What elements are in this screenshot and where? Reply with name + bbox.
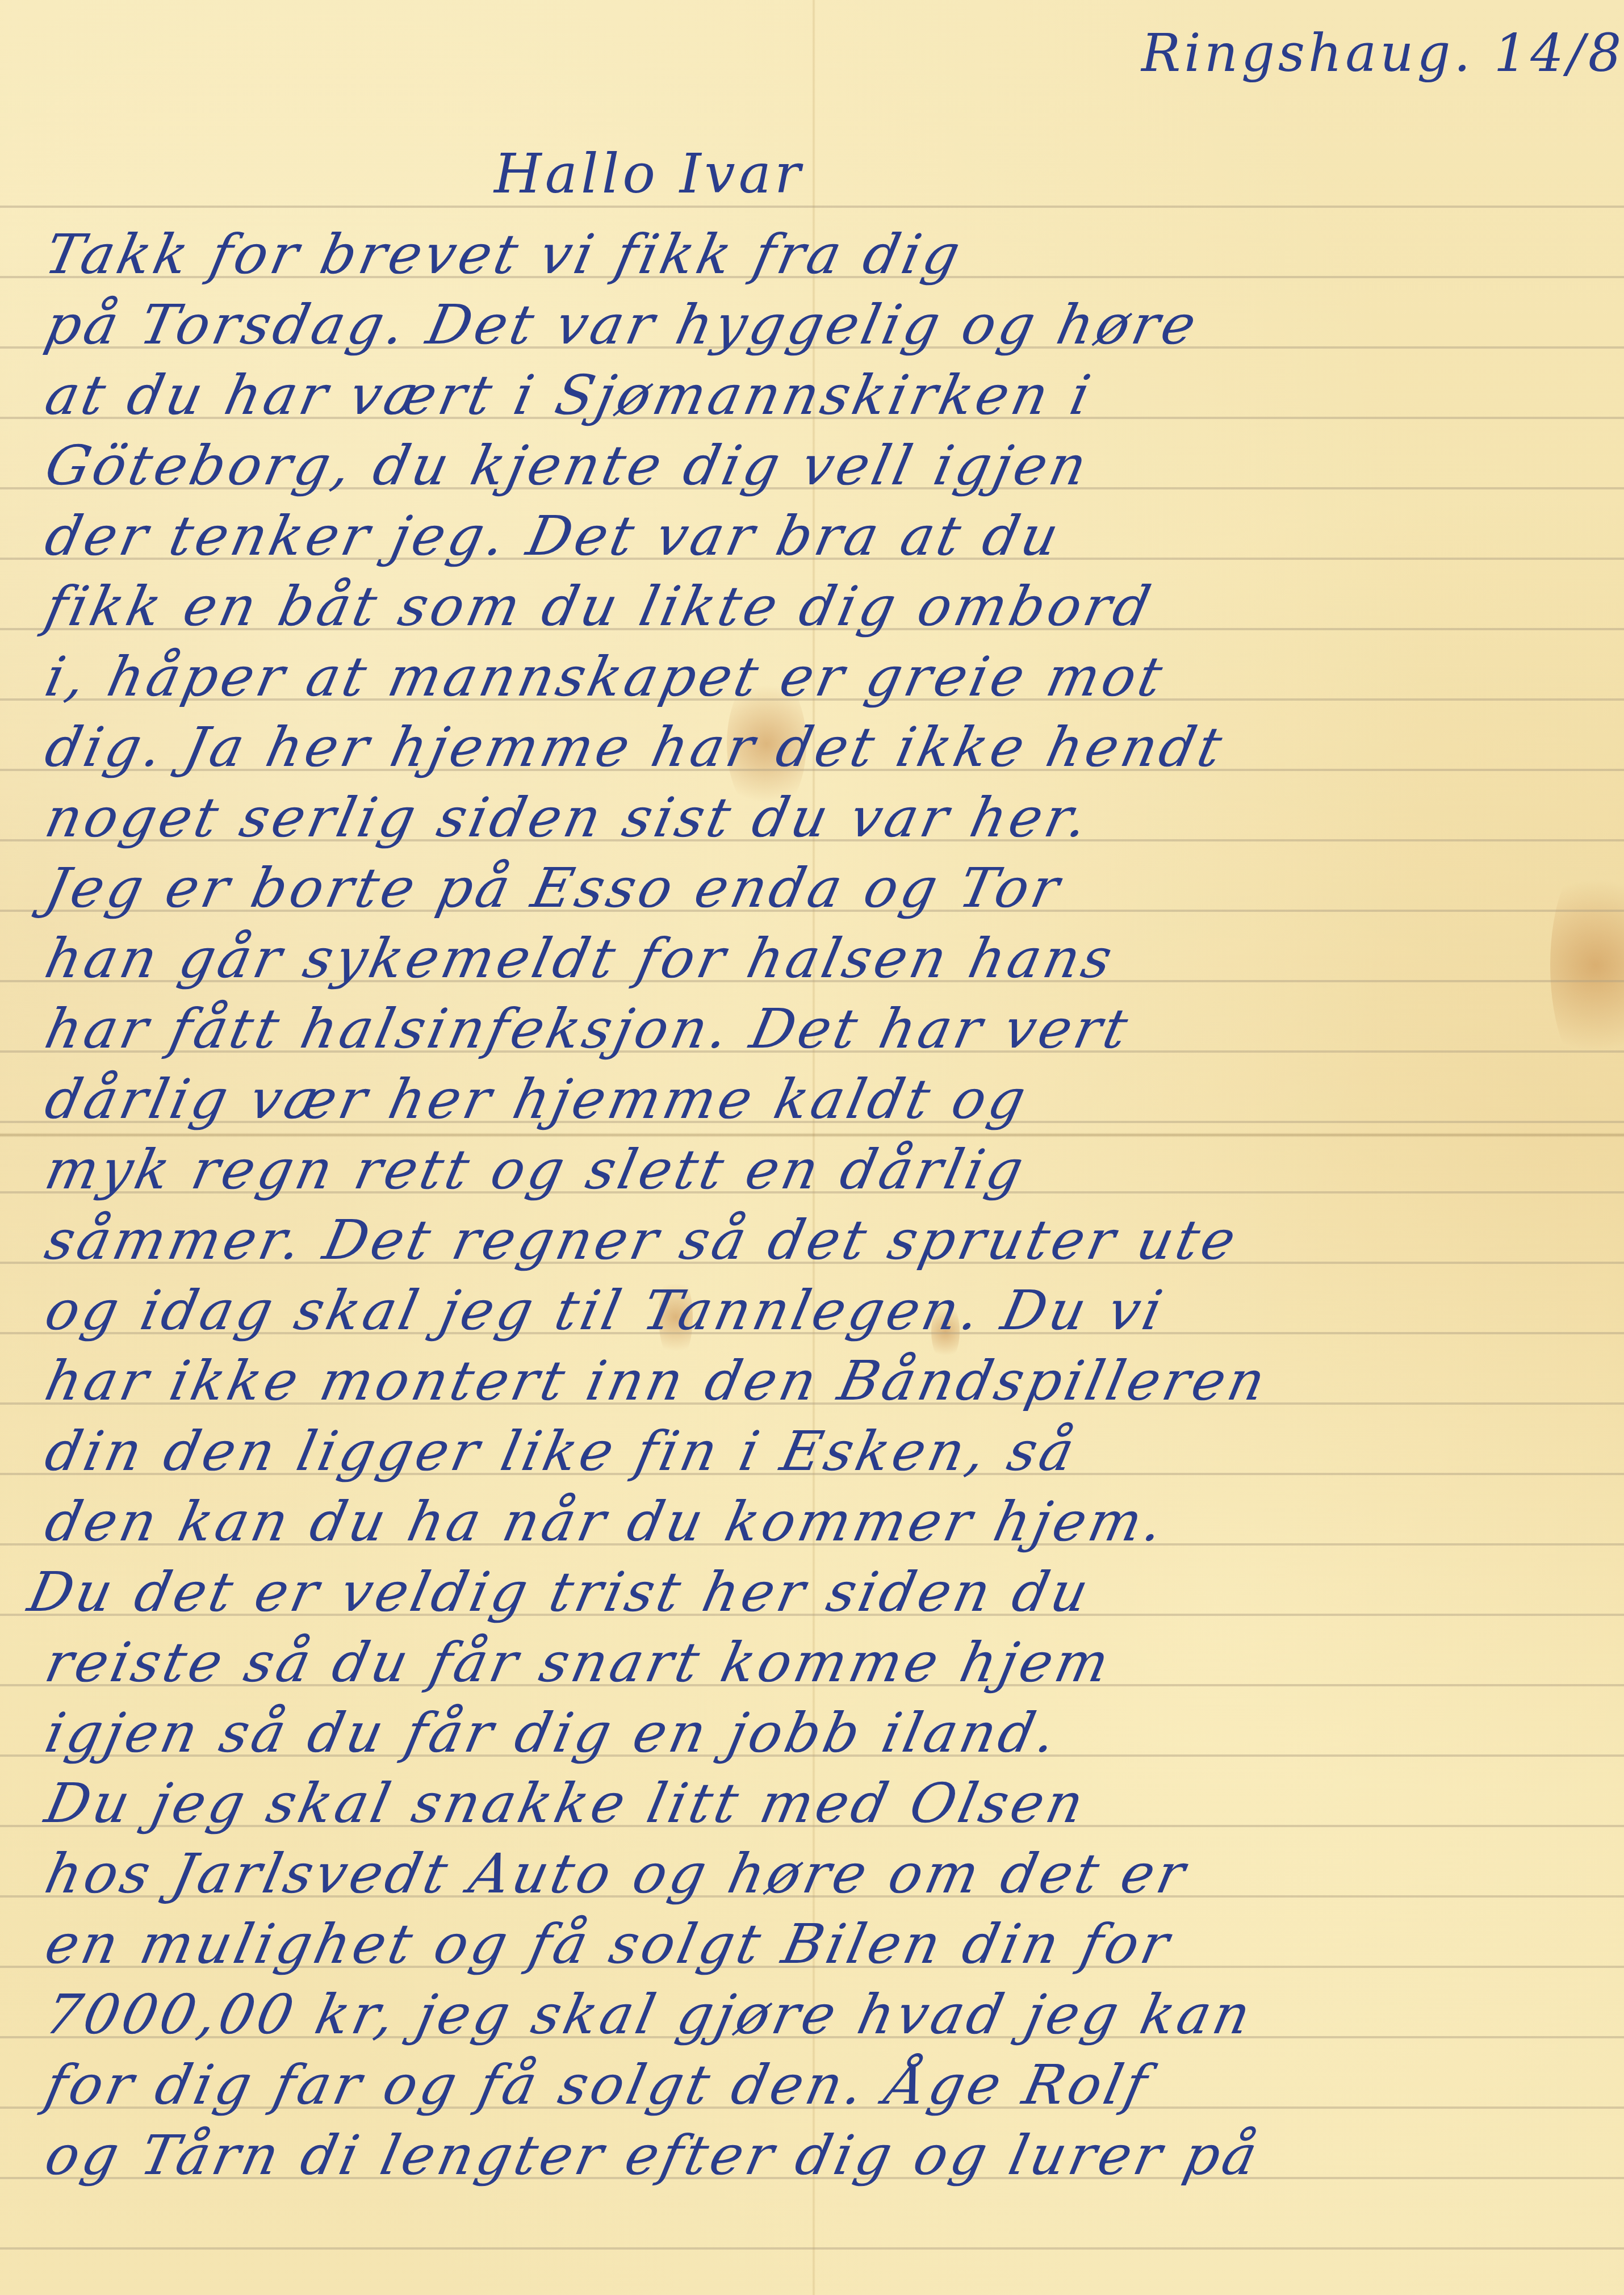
letter-line: fikk en båt som du likte dig ombord [40, 575, 1159, 638]
letter-line: i, håper at mannskapet er greie mot [40, 645, 1171, 709]
place-date: Ringshaug. 14/8 71. [1141, 23, 1624, 83]
letter-line: der tenker jeg. Det var bra at du [40, 504, 1068, 568]
letter-line: han går sykemeldt for halsen hans [40, 927, 1121, 990]
paper-stain [1550, 852, 1624, 1079]
letter-line: Du det er veldig trist her siden du [23, 1560, 1097, 1624]
letter-line: hos Jarlsvedt Auto og høre om det er [40, 1842, 1194, 1905]
letter-line: en mulighet og få solgt Bilen din for [40, 1912, 1178, 1976]
ruled-line [0, 206, 1624, 208]
letter-line: og idag skal jeg til Tannlegen. Du vi [40, 1279, 1171, 1342]
letter-line: igjen så du får dig en jobb iland. [40, 1701, 1065, 1765]
letter-line: såmmer. Det regner så det spruter ute [40, 1208, 1244, 1272]
letter-line: har fått halsinfeksjon. Det har vert [40, 997, 1136, 1061]
letter-line: Takk for brevet vi fikk fra dig [40, 223, 969, 286]
letter-line: for dig far og få solgt den. Åge Rolf [40, 2053, 1156, 2117]
letter-line: din den ligger like fin i Esken, så [40, 1419, 1083, 1483]
salutation: Hallo Ivar [494, 142, 804, 206]
paper-fold-horizontal [0, 1133, 1624, 1137]
letter-line: Du jeg skal snakke litt med Olsen [40, 1771, 1093, 1835]
letter-line: at du har vært i Sjømannskirken i [40, 363, 1099, 427]
letter-line: den kan du ha når du kommer hjem. [40, 1490, 1172, 1553]
letter-line: på Torsdag. Det var hyggelig og høre [40, 293, 1205, 357]
letter-line: Jeg er borte på Esso enda og Tor [40, 856, 1068, 920]
letter-line: reiste så du får snart komme hjem [40, 1631, 1117, 1694]
letter-line: 7000,00 kr, jeg skal gjøre hvad jeg kan [40, 1983, 1259, 2046]
ruled-line [0, 2247, 1624, 2250]
letter-line: myk regn rett og slett en dårlig [40, 1138, 1032, 1201]
letter-line: har ikke montert inn den Båndspilleren [40, 1349, 1274, 1413]
letter-page: Ringshaug. 14/8 71. Hallo Ivar Takk for … [0, 0, 1624, 2295]
letter-line: Göteborg, du kjente dig vell igjen [40, 434, 1095, 497]
letter-line: dårlig vær her hjemme kaldt og [40, 1067, 1034, 1131]
letter-line: dig. Ja her hjemme har det ikke hendt [40, 715, 1230, 779]
letter-line: og Tårn di lengter efter dig og lurer på [40, 2124, 1266, 2187]
letter-line: noget serlig siden sist du var her. [40, 786, 1096, 849]
